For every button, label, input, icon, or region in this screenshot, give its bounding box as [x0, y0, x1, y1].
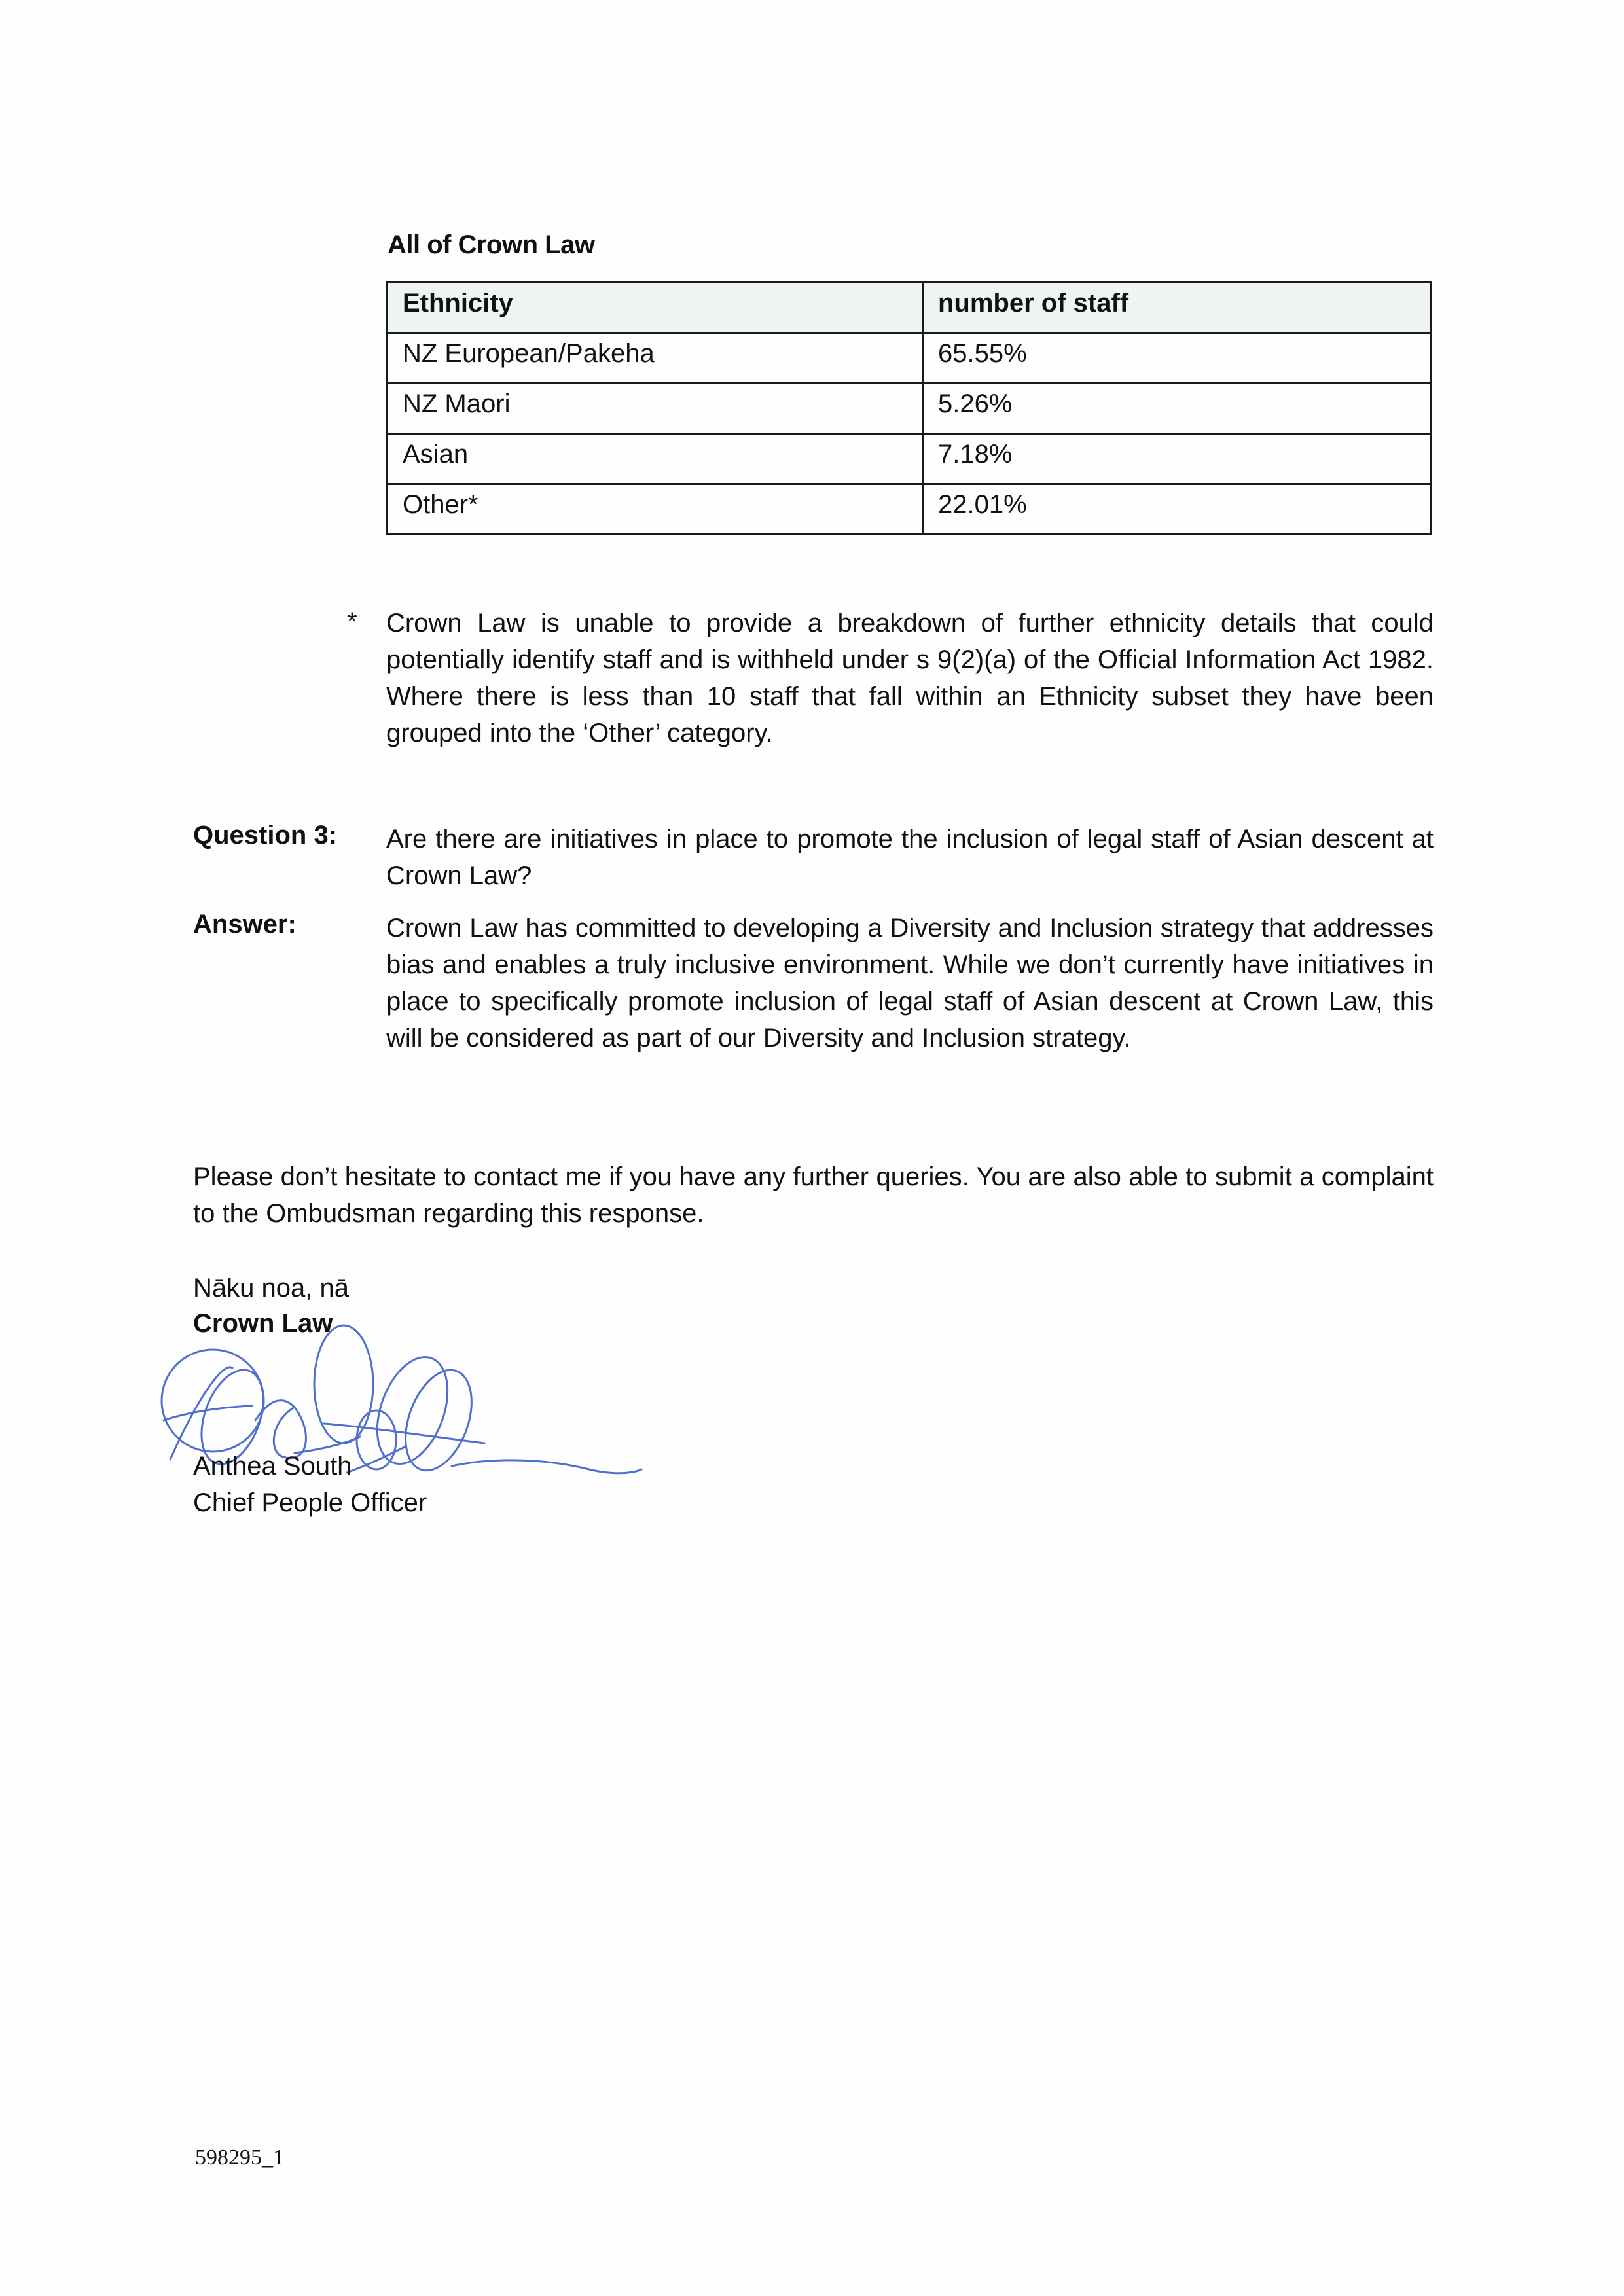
value-cell: 5.26% — [923, 384, 1432, 434]
document-reference: 598295_1 — [195, 2145, 284, 2170]
column-header-number-of-staff: number of staff — [923, 283, 1432, 333]
ethnicity-table: Ethnicity number of staff NZ European/Pa… — [386, 281, 1432, 535]
ethnicity-cell: Other* — [388, 484, 923, 535]
closing-paragraph: Please don’t hesitate to contact me if y… — [193, 1158, 1434, 1232]
footnote-text: Crown Law is unable to provide a breakdo… — [386, 605, 1434, 751]
column-header-ethnicity: Ethnicity — [388, 283, 923, 333]
signatory-title: Chief People Officer — [193, 1488, 427, 1518]
table-header-row: Ethnicity number of staff — [388, 283, 1432, 333]
question-label: Question 3: — [193, 821, 337, 850]
answer-label: Answer: — [193, 910, 297, 939]
table-row: NZ European/Pakeha 65.55% — [388, 333, 1432, 384]
question-text: Are there are initiatives in place to pr… — [386, 821, 1434, 894]
value-cell: 7.18% — [923, 434, 1432, 484]
table-row: Other* 22.01% — [388, 484, 1432, 535]
ethnicity-cell: Asian — [388, 434, 923, 484]
table-row: NZ Maori 5.26% — [388, 384, 1432, 434]
footnote-marker: * — [347, 607, 357, 637]
table-row: Asian 7.18% — [388, 434, 1432, 484]
ethnicity-cell: NZ Maori — [388, 384, 923, 434]
salutation: Nāku noa, nā — [193, 1274, 349, 1303]
value-cell: 22.01% — [923, 484, 1432, 535]
value-cell: 65.55% — [923, 333, 1432, 384]
answer-text: Crown Law has committed to developing a … — [386, 910, 1434, 1056]
section-heading: All of Crown Law — [388, 230, 594, 260]
document-page: All of Crown Law Ethnicity number of sta… — [0, 0, 1624, 2296]
ethnicity-cell: NZ European/Pakeha — [388, 333, 923, 384]
signatory-name: Anthea South — [193, 1452, 352, 1481]
